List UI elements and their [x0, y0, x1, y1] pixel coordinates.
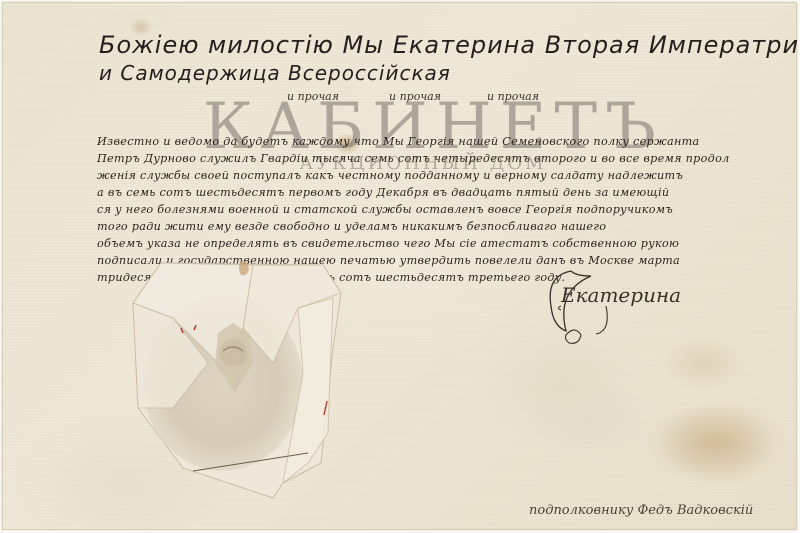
document-title-line-1: Божiею милостiю Мы Екатерина Вторая Импе… [99, 31, 800, 59]
seal-paper-cover-icon [123, 253, 353, 503]
body-line: ся у него болезнями военной и статской с… [97, 203, 787, 220]
document-title-line-2: и Самодержица Всероссiйская [99, 61, 451, 85]
body-line: того ради жити ему везде свободно и удел… [97, 220, 787, 237]
body-line: а въ семь сотъ шестьдесятъ первомъ году … [97, 186, 787, 203]
body-line: женiя службы своей поступалъ какъ честно… [97, 169, 787, 186]
countersignature: подполковнику Федъ Вадковскiй [529, 503, 753, 518]
body-line: Известно и ведомо да будетъ каждому что … [97, 135, 787, 152]
state-seal [123, 253, 353, 503]
body-line: Петръ Дурново служилъ Гвардiи тысяча сем… [97, 152, 787, 169]
foxing-stain [643, 403, 773, 483]
document-sheet: Божiею милостiю Мы Екатерина Вторая Импе… [2, 2, 797, 530]
signature-text: Екатерина [561, 283, 681, 307]
imperial-signature: Екатерина [531, 261, 711, 351]
foxing-stain [523, 383, 663, 463]
body-line: объемъ указа не определять въ свидетельс… [97, 237, 787, 254]
